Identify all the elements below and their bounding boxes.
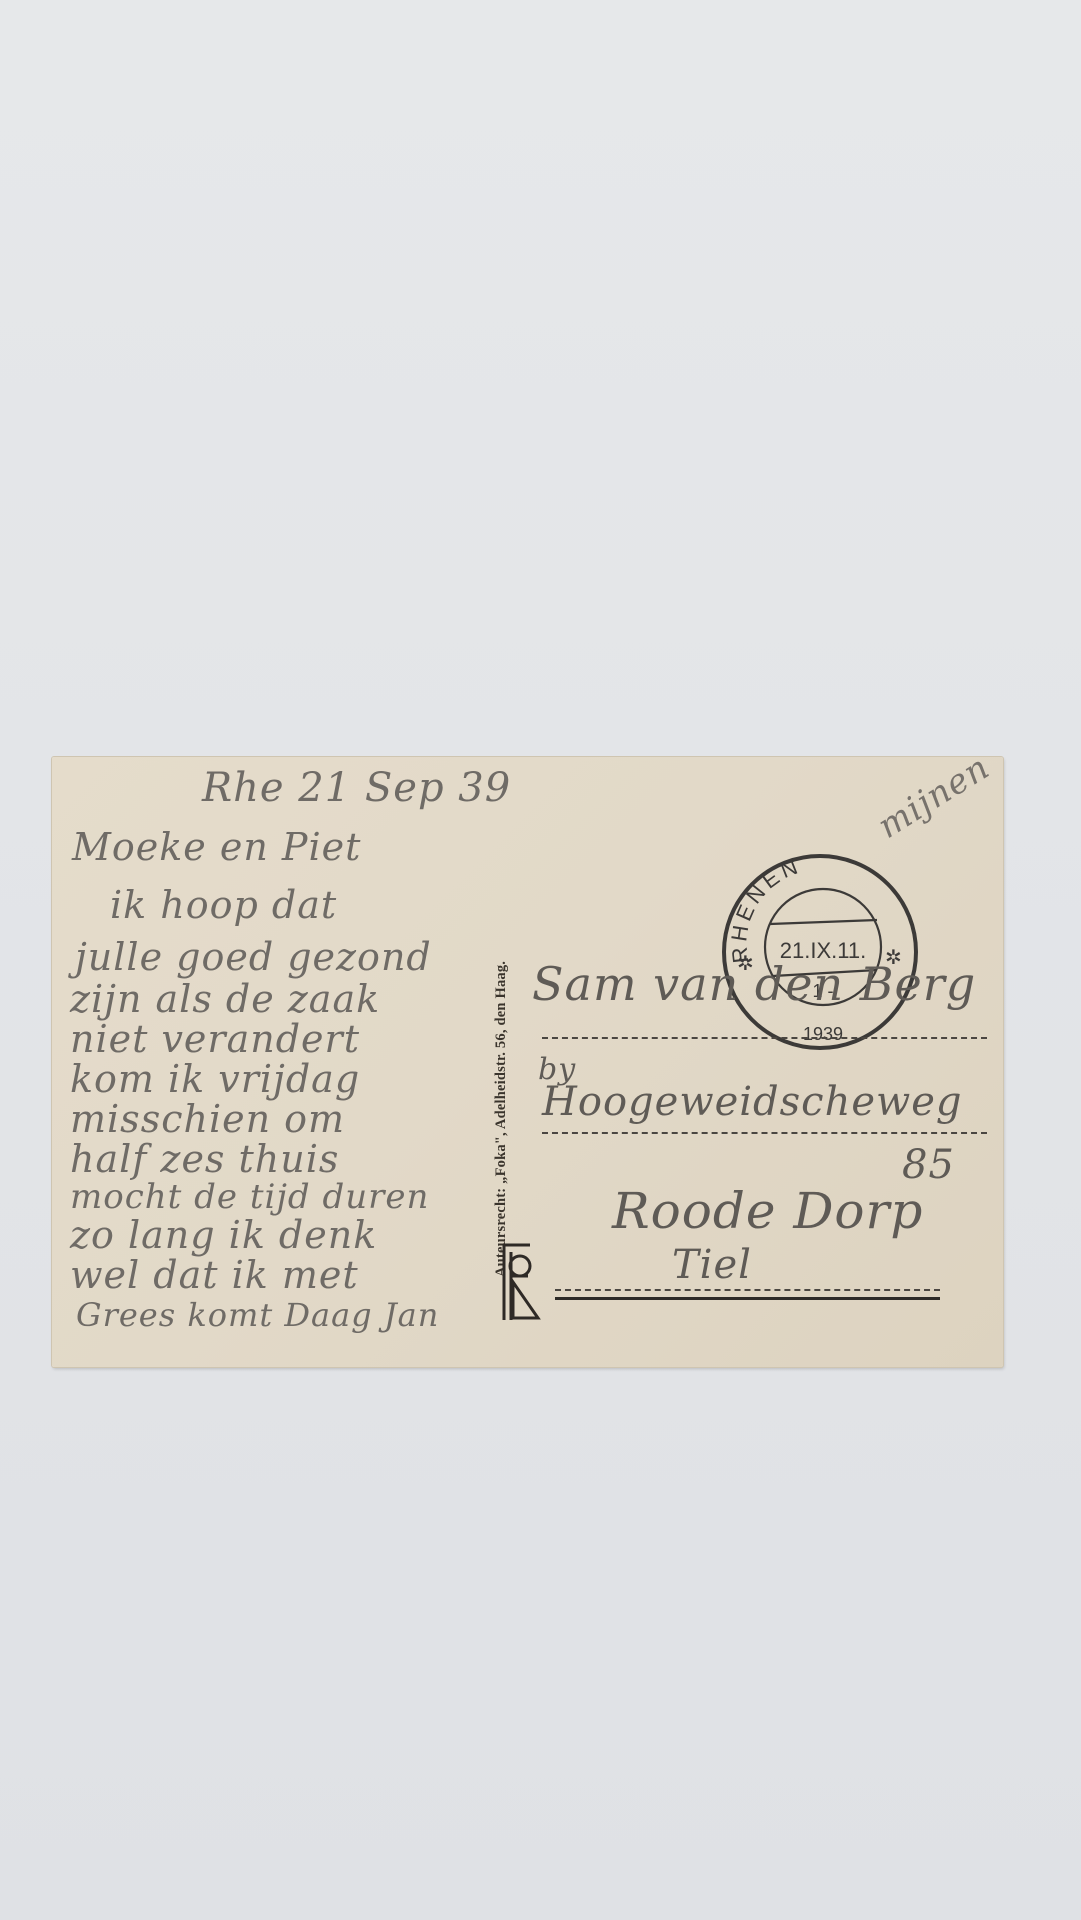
message-line: kom ik vrijdag xyxy=(70,1059,360,1100)
message-line: zijn als de zaak xyxy=(70,979,380,1020)
message-line: wel dat ik met xyxy=(70,1255,359,1296)
postmark-stamp: RHENEN 21.IX.11. 1 - 1939 ✲ ✲ xyxy=(715,852,925,1052)
message-line: ik hoop dat xyxy=(110,885,337,926)
message-line: Grees komt Daag Jan xyxy=(76,1295,439,1336)
address-line-divider xyxy=(542,1132,987,1134)
address-city: Tiel xyxy=(672,1242,752,1288)
foka-logo-icon xyxy=(500,1242,544,1322)
address-locality: Roode Dorp xyxy=(612,1182,923,1240)
message-line: zo lang ik denk xyxy=(70,1215,377,1256)
message-line: Moeke en Piet xyxy=(72,827,361,868)
message-line: misschien om xyxy=(70,1099,345,1140)
message-line: mocht de tijd duren xyxy=(70,1177,429,1218)
postmark-year: 1939 xyxy=(803,1024,843,1044)
address-street: Hoogeweidscheweg xyxy=(542,1079,963,1125)
message-line: julle goed gezond xyxy=(75,937,432,978)
message-dateline: Rhe 21 Sep 39 xyxy=(202,765,511,811)
address-line-divider xyxy=(542,1037,987,1039)
address-line-divider xyxy=(555,1289,940,1291)
publisher-imprint: Auteursrecht: „Foka", Adelheidstr. 56, d… xyxy=(493,961,510,1277)
address-line-solid xyxy=(555,1297,940,1300)
message-line: half zes thuis xyxy=(70,1139,339,1180)
address-note: mijnen xyxy=(871,747,997,846)
address-recipient: Sam van den Berg xyxy=(532,957,976,1011)
message-line: niet verandert xyxy=(70,1019,360,1060)
postcard-back: Rhe 21 Sep 39 Moeke en Piet ik hoop dat … xyxy=(52,757,1003,1367)
